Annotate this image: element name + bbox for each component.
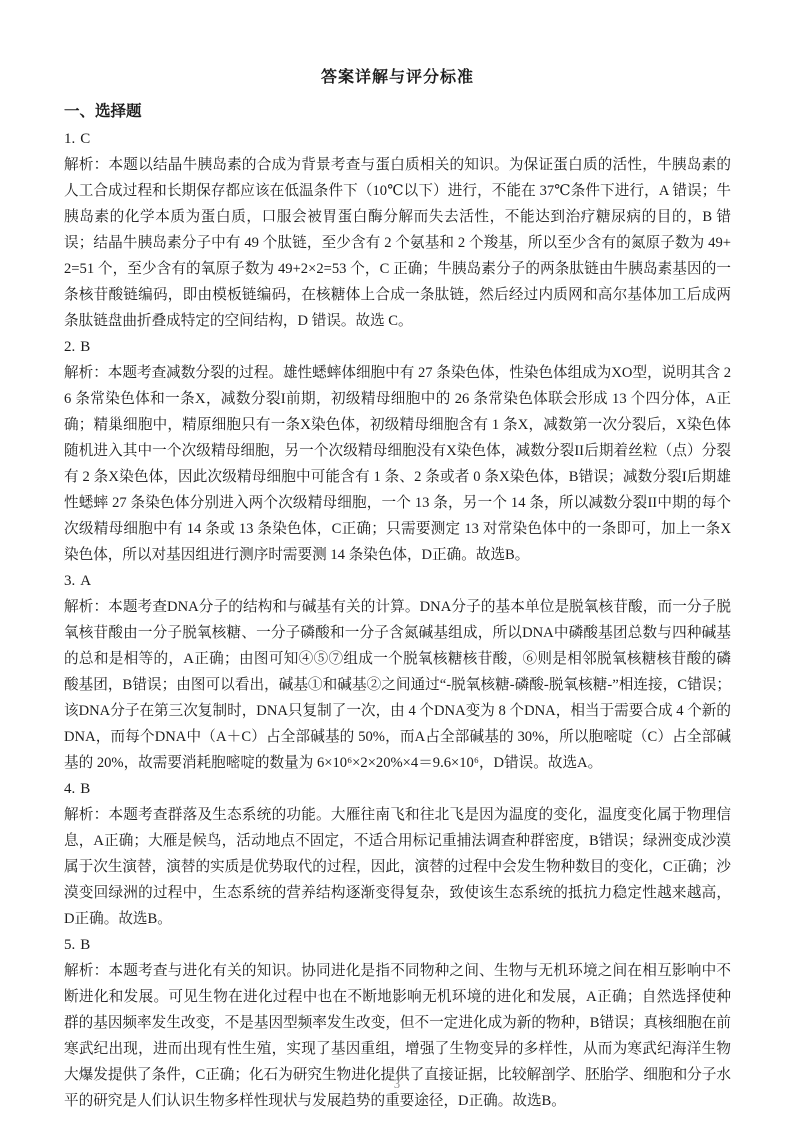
question-4-answer-letter: B — [80, 781, 90, 797]
question-5-answer-letter: B — [80, 937, 90, 953]
question-2-number: 2. — [64, 339, 75, 355]
question-block-2: 2.B 解析：本题考查减数分裂的过程。雄性蟋蟀体细胞中有 27 条染色体，性染色… — [64, 334, 731, 568]
question-2-answer-letter: B — [80, 339, 90, 355]
question-2-explanation: 解析：本题考查减数分裂的过程。雄性蟋蟀体细胞中有 27 条染色体，性染色体组成为… — [64, 360, 731, 568]
question-5-answer-line: 5.B — [64, 932, 731, 958]
section-heading: 一、选择题 — [64, 98, 731, 126]
question-3-answer-letter: A — [80, 573, 91, 589]
question-5-number: 5. — [64, 937, 75, 953]
question-4-answer-line: 4.B — [64, 776, 731, 802]
question-block-4: 4.B 解析：本题考查群落及生态系统的功能。大雁往南飞和往北飞是因为温度的变化，… — [64, 776, 731, 932]
question-3-explanation: 解析：本题考查DNA分子的结构和与碱基有关的计算。DNA分子的基本单位是脱氧核苷… — [64, 594, 731, 776]
page-number: 3 — [0, 1077, 794, 1092]
question-3-answer-line: 3.A — [64, 568, 731, 594]
question-block-1: 1.C 解析：本题以结晶牛胰岛素的合成为背景考查与蛋白质相关的知识。为保证蛋白质… — [64, 126, 731, 334]
page-title: 答案详解与评分标准 — [64, 64, 731, 92]
question-block-3: 3.A 解析：本题考查DNA分子的结构和与碱基有关的计算。DNA分子的基本单位是… — [64, 568, 731, 776]
question-1-answer-line: 1.C — [64, 126, 731, 152]
question-1-answer-letter: C — [80, 131, 90, 147]
question-3-number: 3. — [64, 573, 75, 589]
question-1-explanation: 解析：本题以结晶牛胰岛素的合成为背景考查与蛋白质相关的知识。为保证蛋白质的活性，… — [64, 152, 731, 334]
question-1-number: 1. — [64, 131, 75, 147]
question-2-answer-line: 2.B — [64, 334, 731, 360]
question-4-explanation: 解析：本题考查群落及生态系统的功能。大雁往南飞和往北飞是因为温度的变化，温度变化… — [64, 802, 731, 932]
question-4-number: 4. — [64, 781, 75, 797]
document-page: 答案详解与评分标准 一、选择题 1.C 解析：本题以结晶牛胰岛素的合成为背景考查… — [0, 0, 794, 1122]
